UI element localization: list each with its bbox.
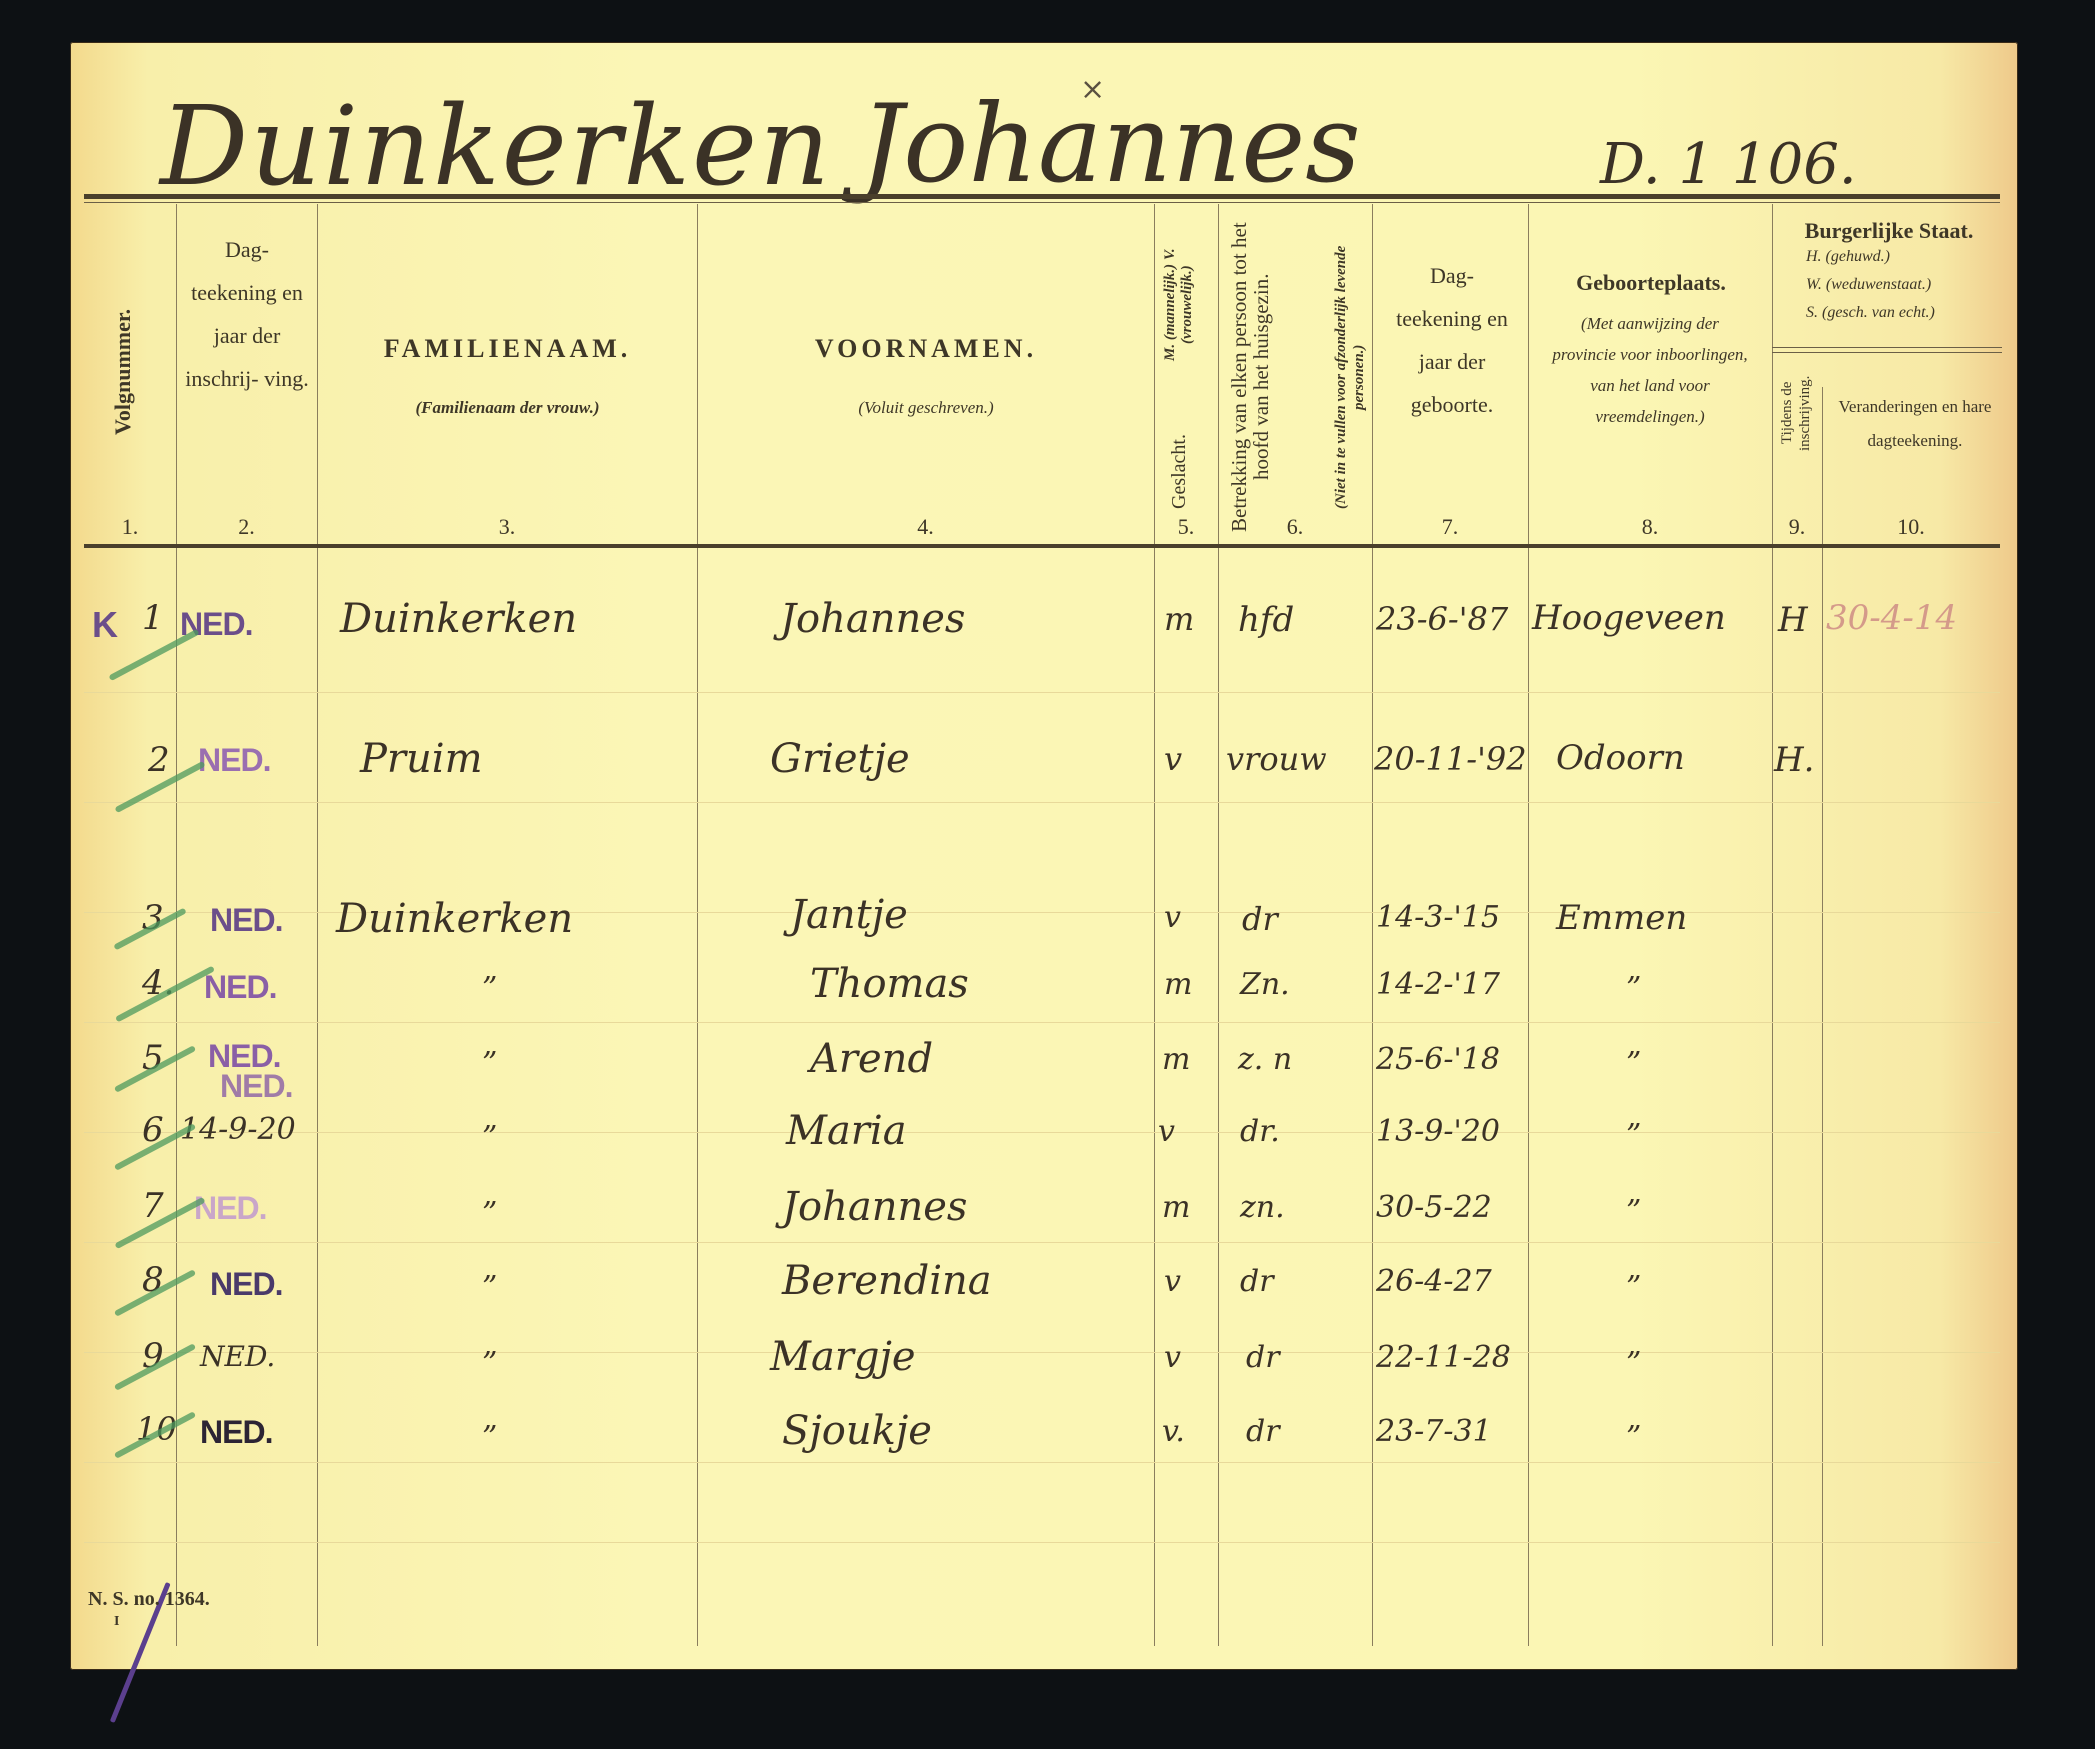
table-row: 5 NED. NED. ” Arend m z. n 25-6-'18 ” [70,1042,2018,1102]
nationality-stamp: NED. [210,902,282,939]
header-bottom-rule [84,544,2000,548]
relation: zn. [1240,1190,1285,1225]
relation: dr [1246,1414,1280,1449]
birthplace: Odoorn [1556,738,1685,778]
col3-header: FAMILIENAAM. [320,334,695,364]
sex: v [1164,1264,1181,1299]
ruling [84,802,2000,803]
relation: dr [1240,1264,1274,1299]
col7-header: Dag- teekening en jaar der geboorte. [1390,254,1514,426]
registration-date: 14-9-20 [180,1112,296,1147]
birth-date: 20-11-'92 [1374,740,1527,778]
nationality-stamp: NED. [194,1190,266,1227]
civil-status-header: Burgerlijke Staat. [1776,218,2002,244]
sex: m [1164,967,1192,1002]
col3-number: 3. [317,514,697,540]
surname-ditto: ” [482,1120,497,1155]
birth-date: 26-4-27 [1376,1264,1492,1299]
header-top-rule-thin [84,202,2000,203]
relation: hfd [1238,600,1294,640]
given-names: Berendina [782,1258,992,1304]
civil-status-rule [1772,347,2002,348]
surname-ditto: ” [482,1196,497,1231]
birthplace-ditto: ” [1626,1420,1641,1455]
civil-status: H. [1774,740,1814,780]
col8-number: 8. [1528,514,1772,540]
birthplace-ditto: ” [1626,1346,1641,1381]
birthplace-ditto: ” [1626,1118,1641,1153]
given-names: Johannes [780,596,965,642]
row-number: 2 [148,740,170,780]
sex: v [1158,1114,1175,1149]
nationality-stamp: NED. [200,1340,275,1373]
col3-subheader: (Familienaam der vrouw.) [320,398,695,418]
civil-status: H [1778,600,1808,640]
given-names: Jantje [790,892,908,938]
header-top-rule [84,194,2000,199]
ruling [84,692,2000,693]
civil-status-h: H. (gehuwd.) [1806,248,1890,266]
relation: dr. [1240,1114,1280,1149]
given-names: Johannes [782,1184,967,1230]
sex: v. [1162,1414,1185,1449]
birthplace-ditto: ” [1626,1046,1641,1081]
civil-status-rule-2 [1772,352,2002,353]
title-given-name: Johannes [860,82,1361,207]
birth-date: 22-11-28 [1376,1340,1511,1375]
birthplace: Hoogeveen [1532,598,1726,638]
birth-date: 14-2-'17 [1376,967,1500,1002]
birthplace-ditto: ” [1626,1194,1641,1229]
deceased-mark: × [1080,72,1105,107]
col10-number: 10. [1822,514,2000,540]
col4-subheader: (Voluit geschreven.) [700,398,1152,418]
given-names: Maria [786,1108,907,1154]
relation: vrouw [1226,740,1327,778]
col2-header: Dag- teekening en jaar der inschrij- vin… [180,228,314,400]
table-row: 8 NED. ” Berendina v dr 26-4-27 ” [70,1264,2018,1324]
surname-ditto: ” [482,1270,497,1305]
birth-date: 25-6-'18 [1376,1042,1500,1077]
sex: m [1164,600,1194,638]
relation: dr [1246,1340,1280,1375]
given-names: Sjoukje [782,1408,932,1454]
table-row: 7 NED. ” Johannes m zn. 30-5-22 ” [70,1190,2018,1250]
form-number: N. S. no. 1364. [88,1588,210,1611]
birth-date: 14-3-'15 [1376,900,1500,935]
table-row: 2 NED. Pruim Grietje v vrouw 20-11-'92 O… [70,742,2018,802]
title-surname: Duinkerken [160,82,832,210]
birth-date: 23-6-'87 [1376,600,1508,638]
surname-ditto: ” [482,1046,497,1081]
sex: m [1162,1190,1190,1225]
col1-number: 1. [84,514,176,540]
prefix-stamp: K [92,604,117,646]
birth-date: 13-9-'20 [1376,1114,1500,1149]
nationality-stamp: NED. [204,969,276,1006]
table-row: 6 14-9-20 ” Maria v dr. 13-9-'20 ” [70,1114,2018,1174]
reference-number: D. 1 106. [1600,132,1857,197]
nationality-stamp: NED. [210,1266,282,1303]
surname: Duinkerken [340,596,577,642]
table-row: 4. NED. ” Thomas m Zn. 14-2-'17 ” [70,967,2018,1027]
given-names: Arend [810,1036,933,1082]
col4-number: 4. [697,514,1154,540]
row-number: 1 [142,598,164,638]
col5-number: 5. [1154,514,1218,540]
ruling [84,1542,2000,1543]
sex: v [1164,900,1181,935]
change-date: 30-4-14 [1826,598,1957,638]
col9-number: 9. [1772,514,1822,540]
col9-header: Tijdens de inschrijving. [1778,358,1818,468]
birthplace-ditto: ” [1626,971,1641,1006]
birth-date: 23-7-31 [1376,1414,1492,1449]
given-names: Thomas [810,961,969,1007]
col7-number: 7. [1372,514,1528,540]
table-row: K 1 NED. Duinkerken Johannes m hfd 23-6-… [70,602,2018,662]
col10-header: Veranderingen en hare dagteekening. [1830,390,2000,458]
nationality-stamp-overlap: NED. [220,1068,292,1105]
surname-ditto: ” [482,1420,497,1455]
col6-header: Betrekking van elken persoon tot het hoo… [1228,212,1328,542]
col6-number: 6. [1218,514,1372,540]
surname: Pruim [360,736,483,782]
sex: m [1162,1042,1190,1077]
table-row: 10 NED. ” Sjoukje v. dr 23-7-31 ” [70,1414,2018,1474]
civil-status-w: W. (weduwenstaat.) [1806,276,1931,294]
form-sub-number: I [114,1614,119,1630]
relation: Zn. [1240,967,1290,1002]
sex: v [1164,1340,1181,1375]
nationality-stamp: NED. [200,1414,272,1451]
table-row: 9 NED. ” Margje v dr 22-11-28 ” [70,1340,2018,1400]
relation: z. n [1238,1042,1292,1077]
relation: dr [1242,900,1278,938]
col5-subheader: M. (mannelijk.) V. (vrouwelijk.) [1162,214,1196,396]
col1-header: Volgnummer. [110,282,136,462]
surname-ditto: ” [482,971,497,1006]
birthplace-ditto: ” [1626,1270,1641,1305]
col8-subheader: (Met aanwijzing der provincie voor inboo… [1550,308,1750,432]
nationality-stamp: NED. [198,742,270,779]
col8-header: Geboorteplaats. [1532,270,1770,296]
civil-status-s: S. (gesch. van echt.) [1806,304,1935,322]
surname: Duinkerken [336,896,573,942]
table-row: 3 NED. Duinkerken Jantje v dr 14-3-'15 E… [70,902,2018,962]
given-names: Grietje [770,736,910,782]
col2-number: 2. [176,514,317,540]
birth-date: 30-5-22 [1376,1190,1492,1225]
col4-header: VOORNAMEN. [700,334,1152,364]
surname-ditto: ” [482,1346,497,1381]
birthplace: Emmen [1556,898,1687,938]
register-card: Duinkerken Johannes × D. 1 106. Volgnumm… [70,42,2018,1670]
col6-subheader: (Niet in te vullen voor afzonderlijk lev… [1332,212,1368,542]
given-names: Margje [770,1334,916,1380]
sex: v [1164,740,1182,778]
